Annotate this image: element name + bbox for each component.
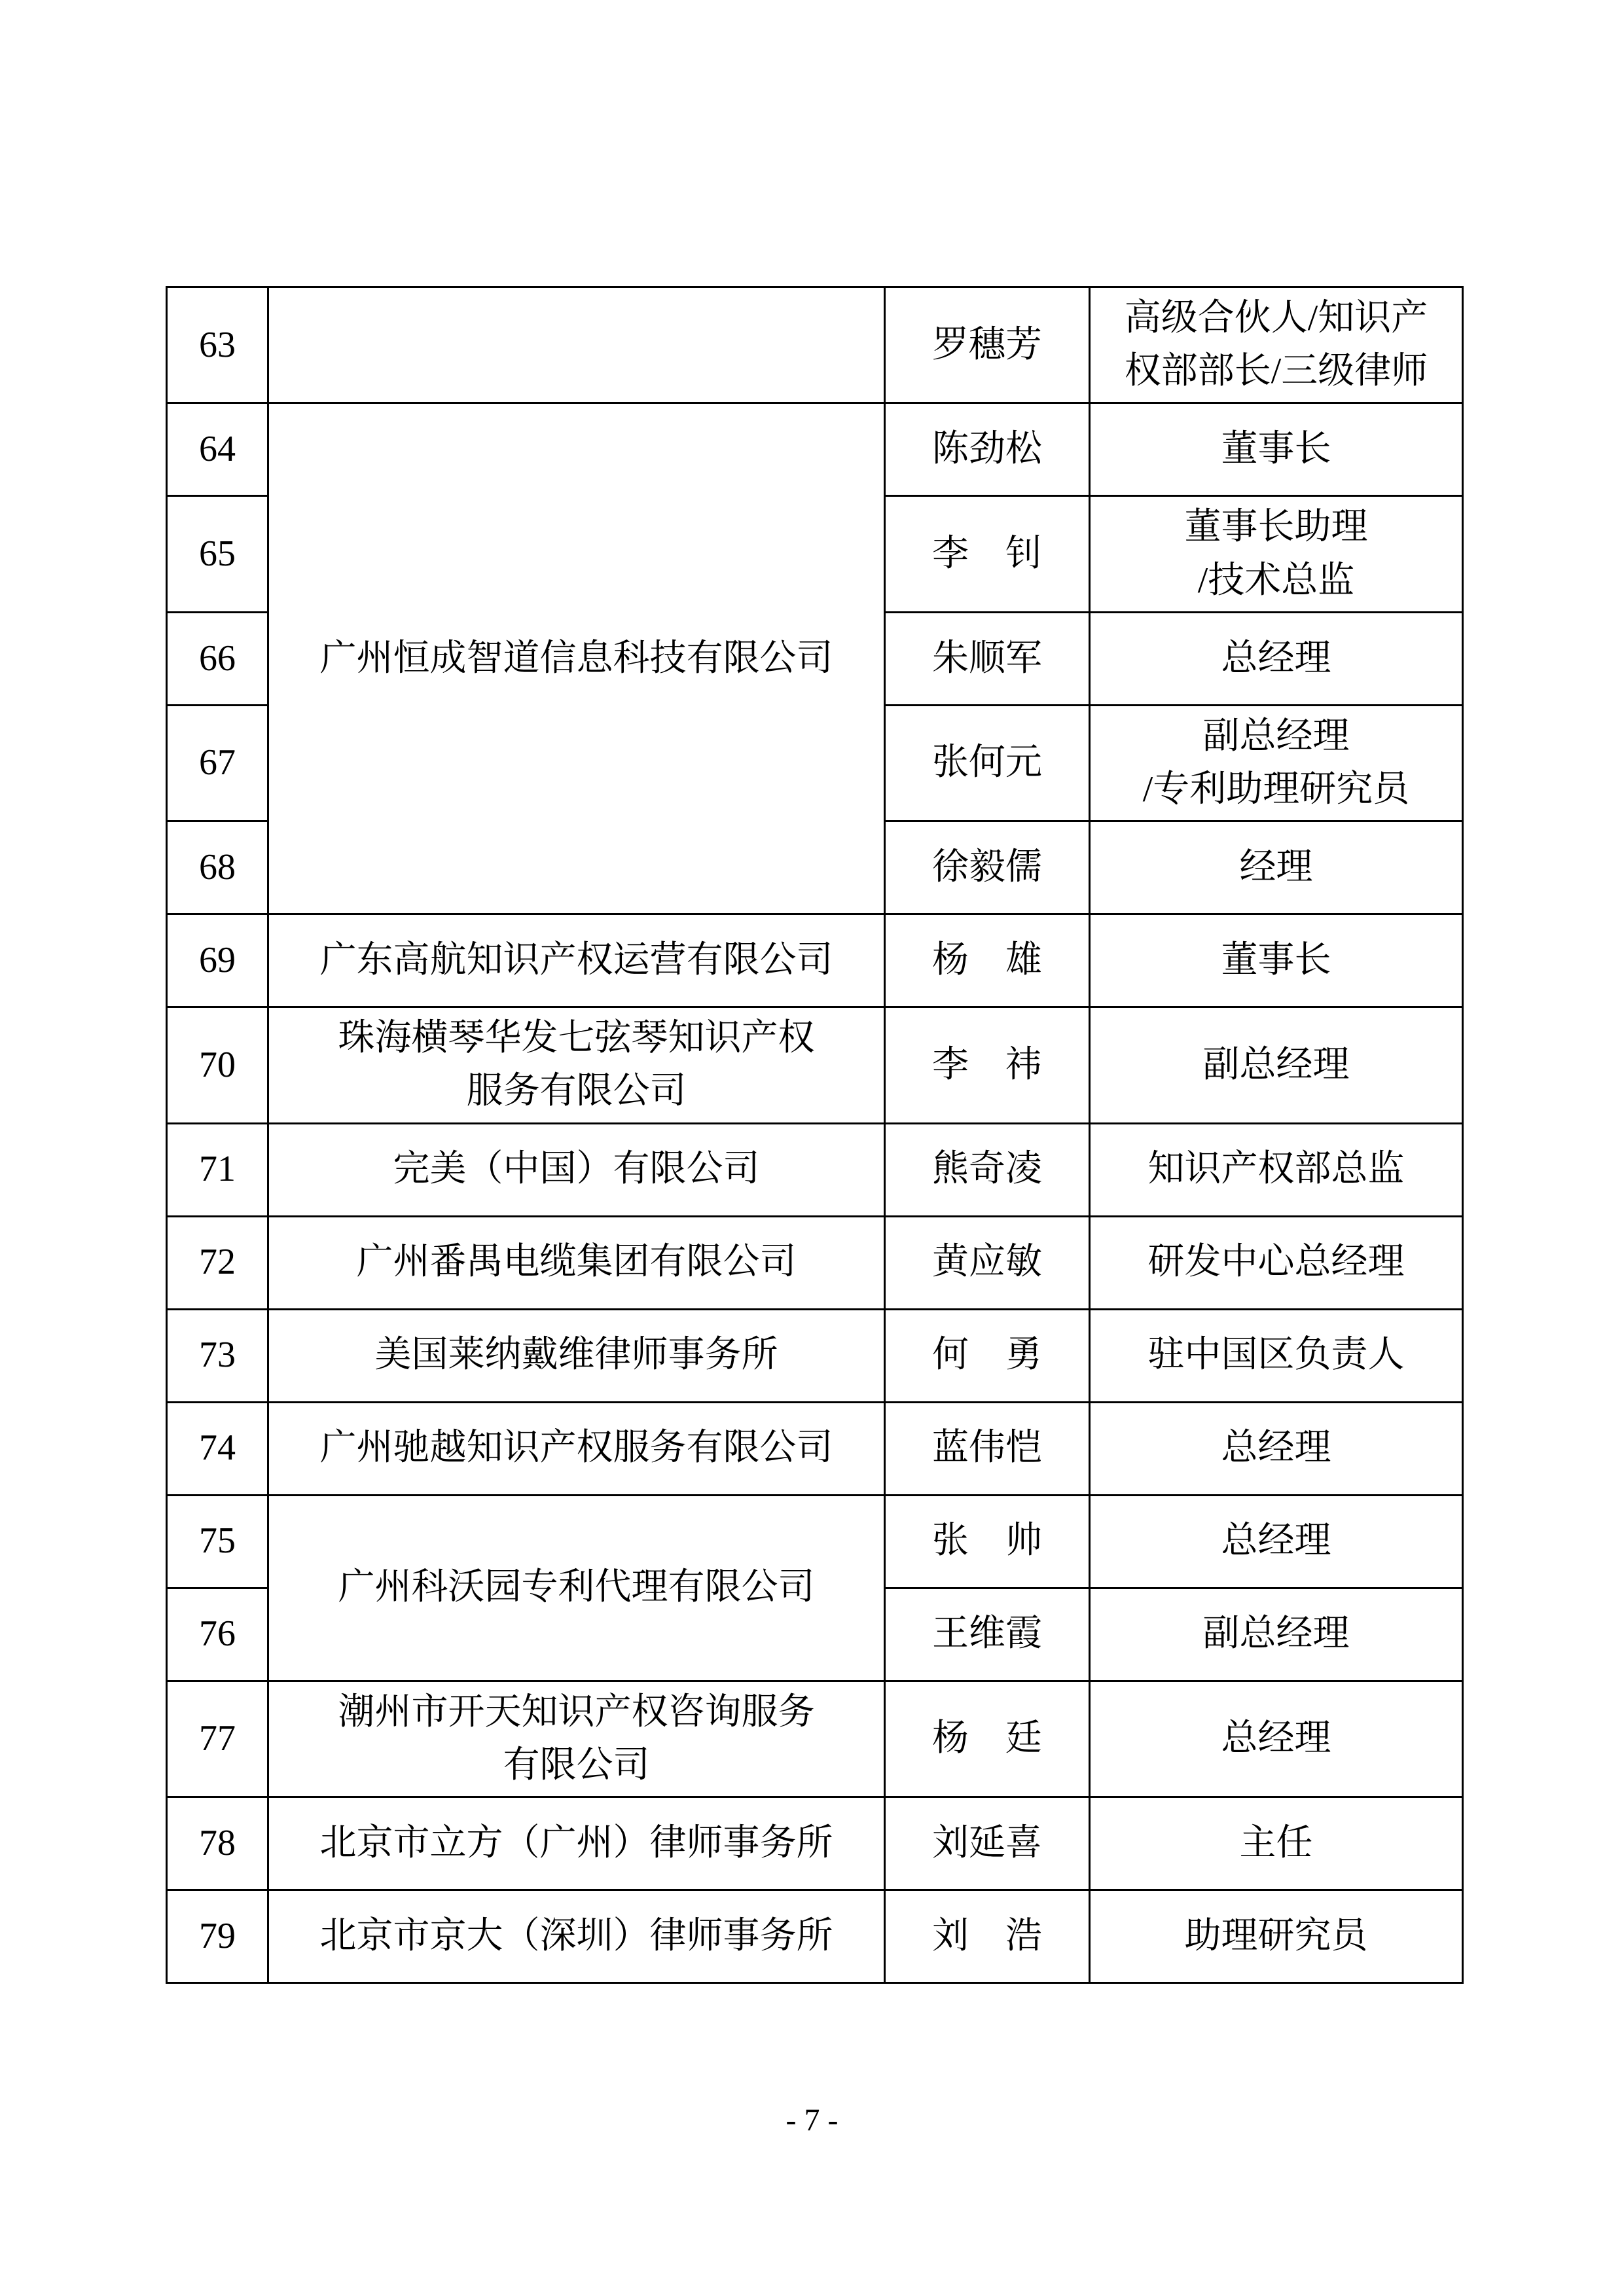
company-cell: 广东高航知识产权运营有限公司 xyxy=(268,914,885,1007)
title-cell: 副总经理 xyxy=(1090,1007,1463,1123)
row-number-cell: 65 xyxy=(167,496,268,612)
row-number-cell: 69 xyxy=(167,914,268,1007)
title-cell: 知识产权部总监 xyxy=(1090,1123,1463,1216)
name-cell: 杨 雄 xyxy=(885,914,1090,1007)
company-cell: 完美（中国）有限公司 xyxy=(268,1123,885,1216)
name-cell: 李 钊 xyxy=(885,496,1090,612)
title-cell: 总经理 xyxy=(1090,612,1463,705)
company-cell xyxy=(268,287,885,403)
table-row: 71 完美（中国）有限公司 熊奇凌 知识产权部总监 xyxy=(167,1123,1463,1216)
row-number-cell: 68 xyxy=(167,821,268,914)
company-cell: 广州恒成智道信息科技有限公司 xyxy=(268,403,885,914)
table-row: 64 广州恒成智道信息科技有限公司 陈劲松 董事长 xyxy=(167,403,1463,496)
name-cell: 张 帅 xyxy=(885,1495,1090,1588)
company-cell: 广州驰越知识产权服务有限公司 xyxy=(268,1402,885,1495)
row-number-cell: 75 xyxy=(167,1495,268,1588)
row-number-cell: 66 xyxy=(167,612,268,705)
name-cell: 罗穗芳 xyxy=(885,287,1090,403)
company-cell: 珠海横琴华发七弦琴知识产权 服务有限公司 xyxy=(268,1007,885,1123)
company-cell: 潮州市开天知识产权咨询服务 有限公司 xyxy=(268,1681,885,1797)
table-row: 72 广州番禺电缆集团有限公司 黄应敏 研发中心总经理 xyxy=(167,1216,1463,1309)
name-cell: 刘 浩 xyxy=(885,1890,1090,1982)
row-number-cell: 78 xyxy=(167,1797,268,1890)
table-row: 70 珠海横琴华发七弦琴知识产权 服务有限公司 李 祎 副总经理 xyxy=(167,1007,1463,1123)
table-row: 63 罗穗芳 高级合伙人/知识产 权部部长/三级律师 xyxy=(167,287,1463,403)
table-row: 73 美国莱纳戴维律师事务所 何 勇 驻中国区负责人 xyxy=(167,1309,1463,1402)
title-cell: 研发中心总经理 xyxy=(1090,1216,1463,1309)
table-row: 74 广州驰越知识产权服务有限公司 蓝伟恺 总经理 xyxy=(167,1402,1463,1495)
row-number-cell: 70 xyxy=(167,1007,268,1123)
name-cell: 徐毅儒 xyxy=(885,821,1090,914)
title-cell: 总经理 xyxy=(1090,1681,1463,1797)
company-cell: 美国莱纳戴维律师事务所 xyxy=(268,1309,885,1402)
table-row: 75 广州科沃园专利代理有限公司 张 帅 总经理 xyxy=(167,1495,1463,1588)
row-number-cell: 71 xyxy=(167,1123,268,1216)
title-cell: 总经理 xyxy=(1090,1495,1463,1588)
title-cell: 副总经理 xyxy=(1090,1588,1463,1681)
row-number-cell: 63 xyxy=(167,287,268,403)
title-cell: 主任 xyxy=(1090,1797,1463,1890)
row-number-cell: 79 xyxy=(167,1890,268,1982)
name-cell: 刘延喜 xyxy=(885,1797,1090,1890)
row-number-cell: 64 xyxy=(167,403,268,496)
participants-table: 63 罗穗芳 高级合伙人/知识产 权部部长/三级律师 64 广州恒成智道信息科技… xyxy=(166,286,1464,1984)
name-cell: 王维霞 xyxy=(885,1588,1090,1681)
company-cell: 广州科沃园专利代理有限公司 xyxy=(268,1495,885,1681)
title-cell: 总经理 xyxy=(1090,1402,1463,1495)
table-row: 78 北京市立方（广州）律师事务所 刘延喜 主任 xyxy=(167,1797,1463,1890)
name-cell: 陈劲松 xyxy=(885,403,1090,496)
table-row: 69 广东高航知识产权运营有限公司 杨 雄 董事长 xyxy=(167,914,1463,1007)
company-cell: 北京市京大（深圳）律师事务所 xyxy=(268,1890,885,1982)
company-cell: 广州番禺电缆集团有限公司 xyxy=(268,1216,885,1309)
row-number-cell: 72 xyxy=(167,1216,268,1309)
title-cell: 副总经理 /专利助理研究员 xyxy=(1090,705,1463,821)
title-cell: 助理研究员 xyxy=(1090,1890,1463,1982)
company-cell: 北京市立方（广州）律师事务所 xyxy=(268,1797,885,1890)
name-cell: 何 勇 xyxy=(885,1309,1090,1402)
name-cell: 李 祎 xyxy=(885,1007,1090,1123)
title-cell: 驻中国区负责人 xyxy=(1090,1309,1463,1402)
table-row: 79 北京市京大（深圳）律师事务所 刘 浩 助理研究员 xyxy=(167,1890,1463,1982)
row-number-cell: 74 xyxy=(167,1402,268,1495)
title-cell: 董事长 xyxy=(1090,403,1463,496)
name-cell: 张何元 xyxy=(885,705,1090,821)
row-number-cell: 67 xyxy=(167,705,268,821)
name-cell: 杨 廷 xyxy=(885,1681,1090,1797)
name-cell: 黄应敏 xyxy=(885,1216,1090,1309)
title-cell: 高级合伙人/知识产 权部部长/三级律师 xyxy=(1090,287,1463,403)
row-number-cell: 73 xyxy=(167,1309,268,1402)
name-cell: 熊奇凌 xyxy=(885,1123,1090,1216)
title-cell: 董事长助理 /技术总监 xyxy=(1090,496,1463,612)
title-cell: 董事长 xyxy=(1090,914,1463,1007)
name-cell: 朱顺军 xyxy=(885,612,1090,705)
name-cell: 蓝伟恺 xyxy=(885,1402,1090,1495)
document-page: 63 罗穗芳 高级合伙人/知识产 权部部长/三级律师 64 广州恒成智道信息科技… xyxy=(0,0,1624,2296)
row-number-cell: 77 xyxy=(167,1681,268,1797)
title-cell: 经理 xyxy=(1090,821,1463,914)
page-number: - 7 - xyxy=(0,2102,1624,2138)
row-number-cell: 76 xyxy=(167,1588,268,1681)
table-row: 77 潮州市开天知识产权咨询服务 有限公司 杨 廷 总经理 xyxy=(167,1681,1463,1797)
